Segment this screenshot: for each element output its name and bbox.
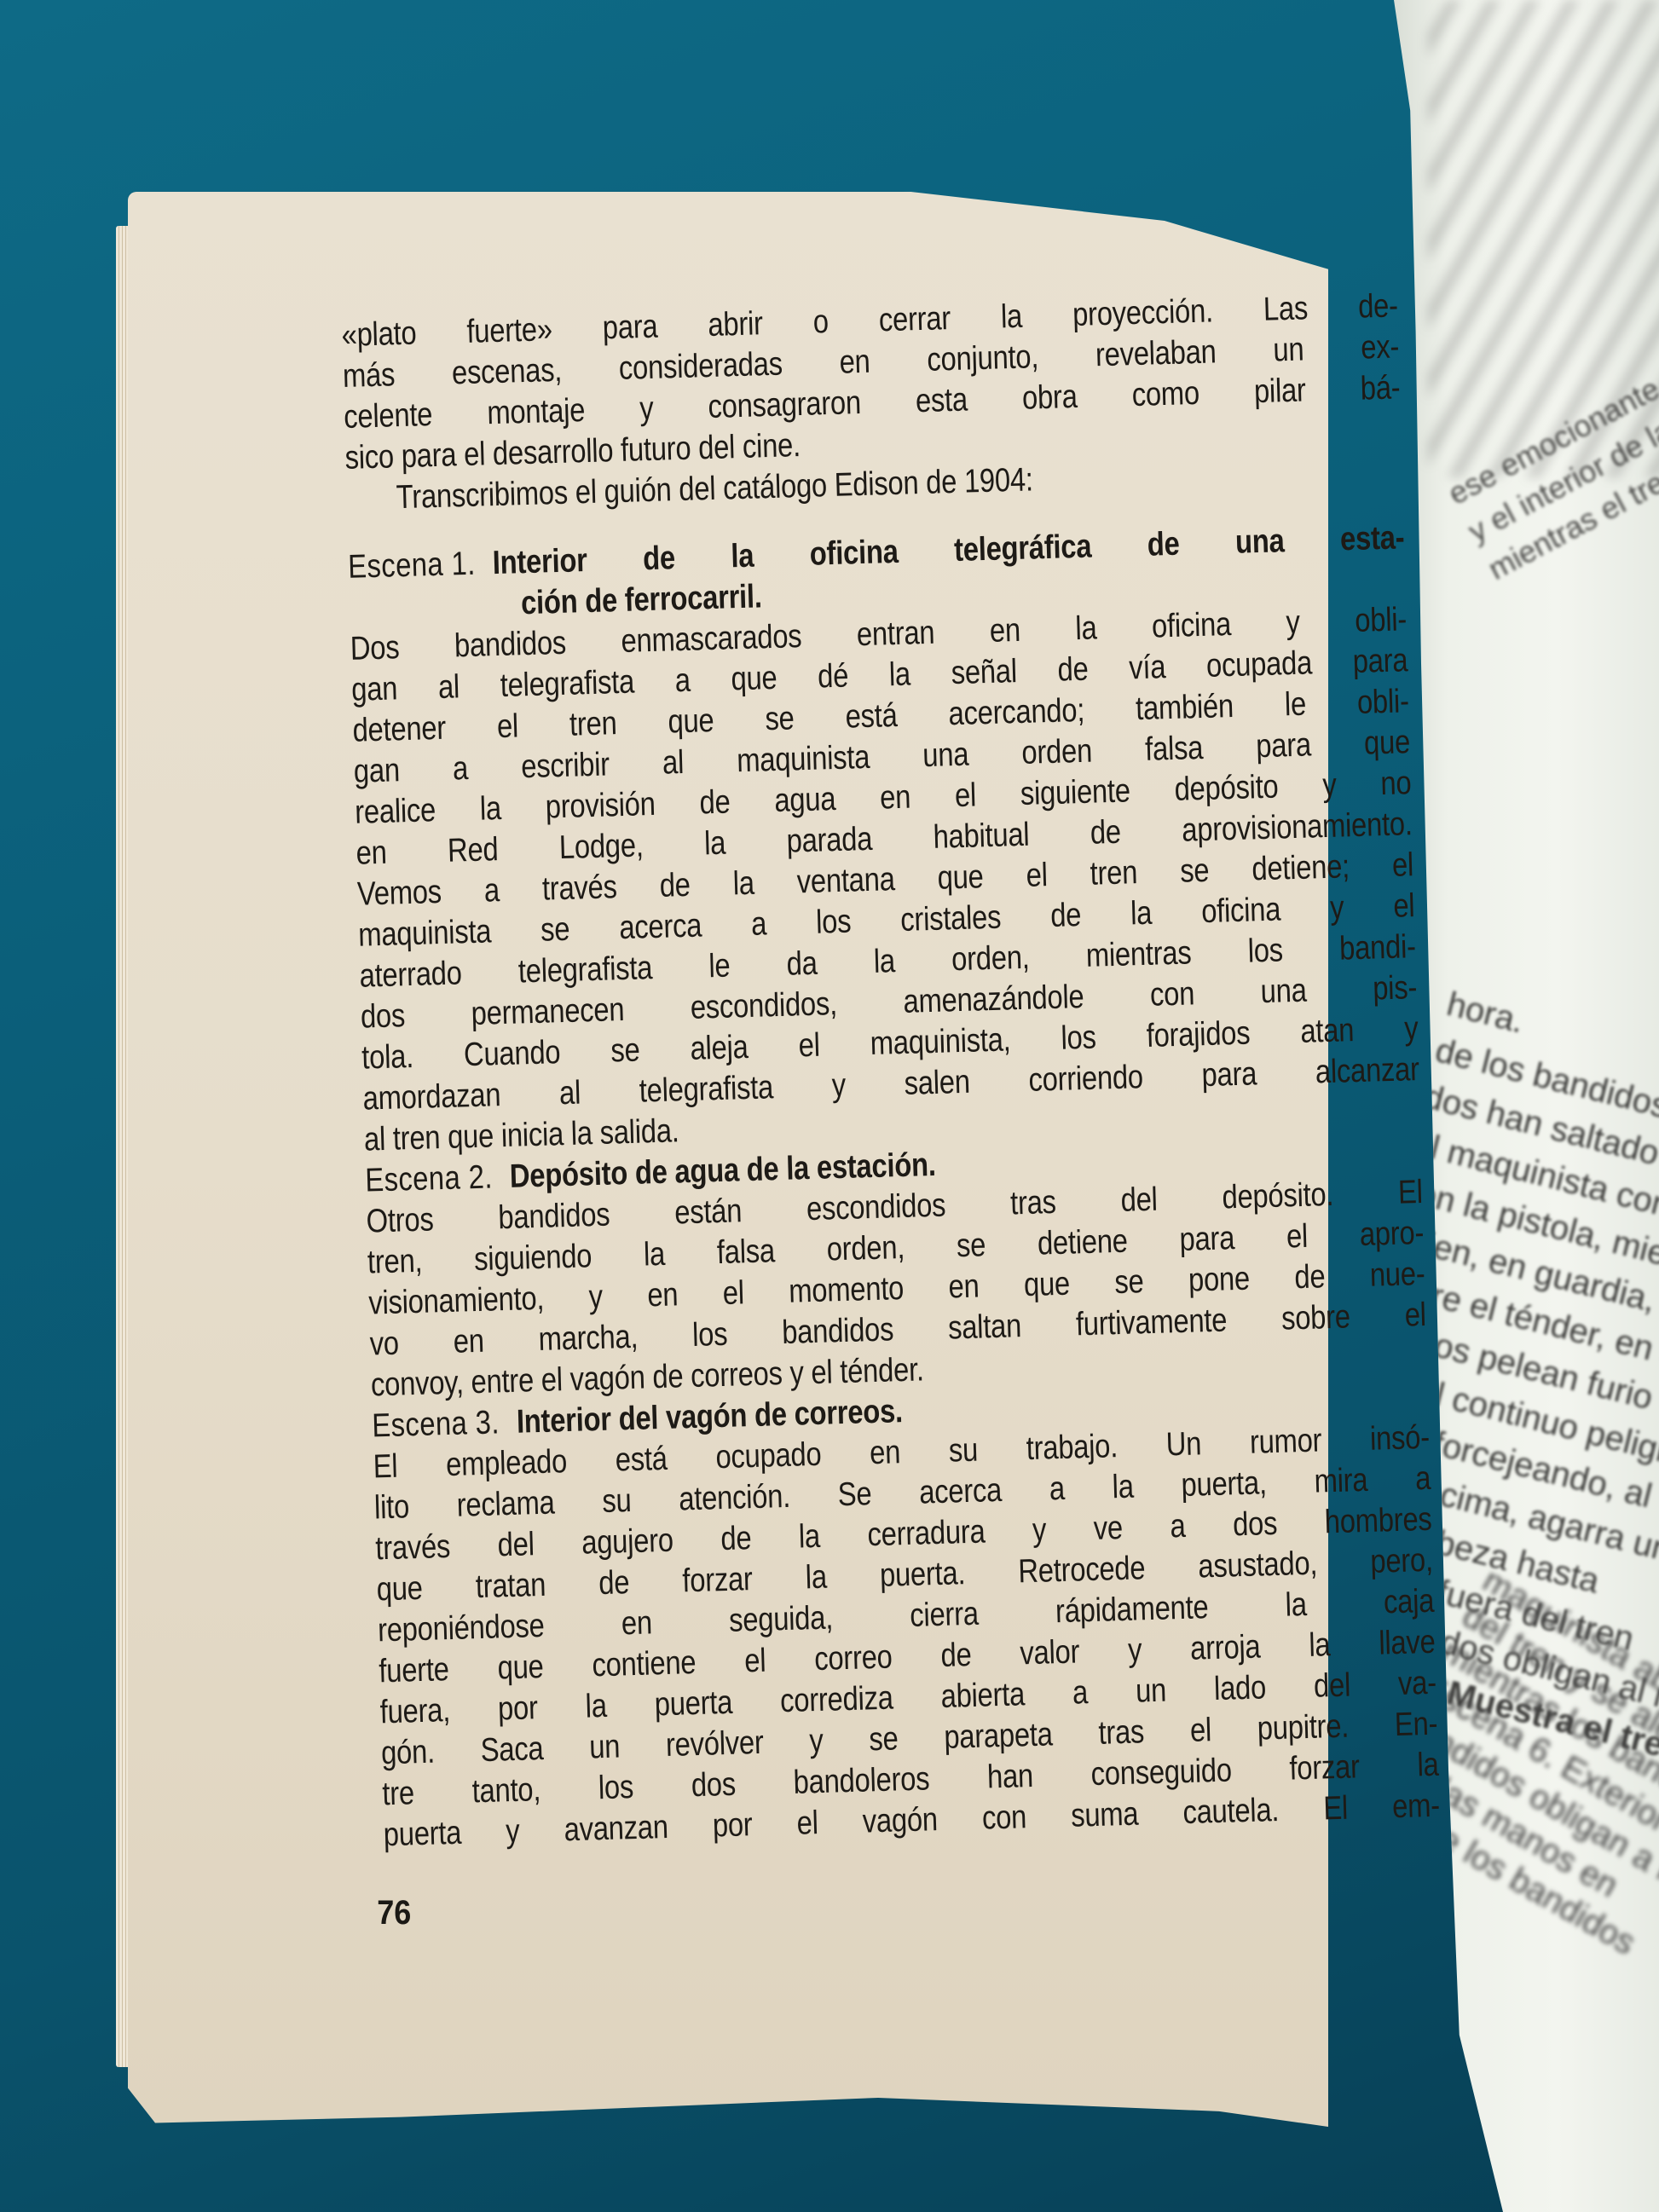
scene-label: Escena 3.	[372, 1402, 500, 1447]
scene-label: Escena 1.	[348, 544, 477, 588]
page-number: 76	[377, 1894, 411, 1932]
scene-label: Escena 2.	[365, 1157, 494, 1201]
page-text: «plato fuerte» para abrir o cerrar la pr…	[341, 286, 1441, 1856]
